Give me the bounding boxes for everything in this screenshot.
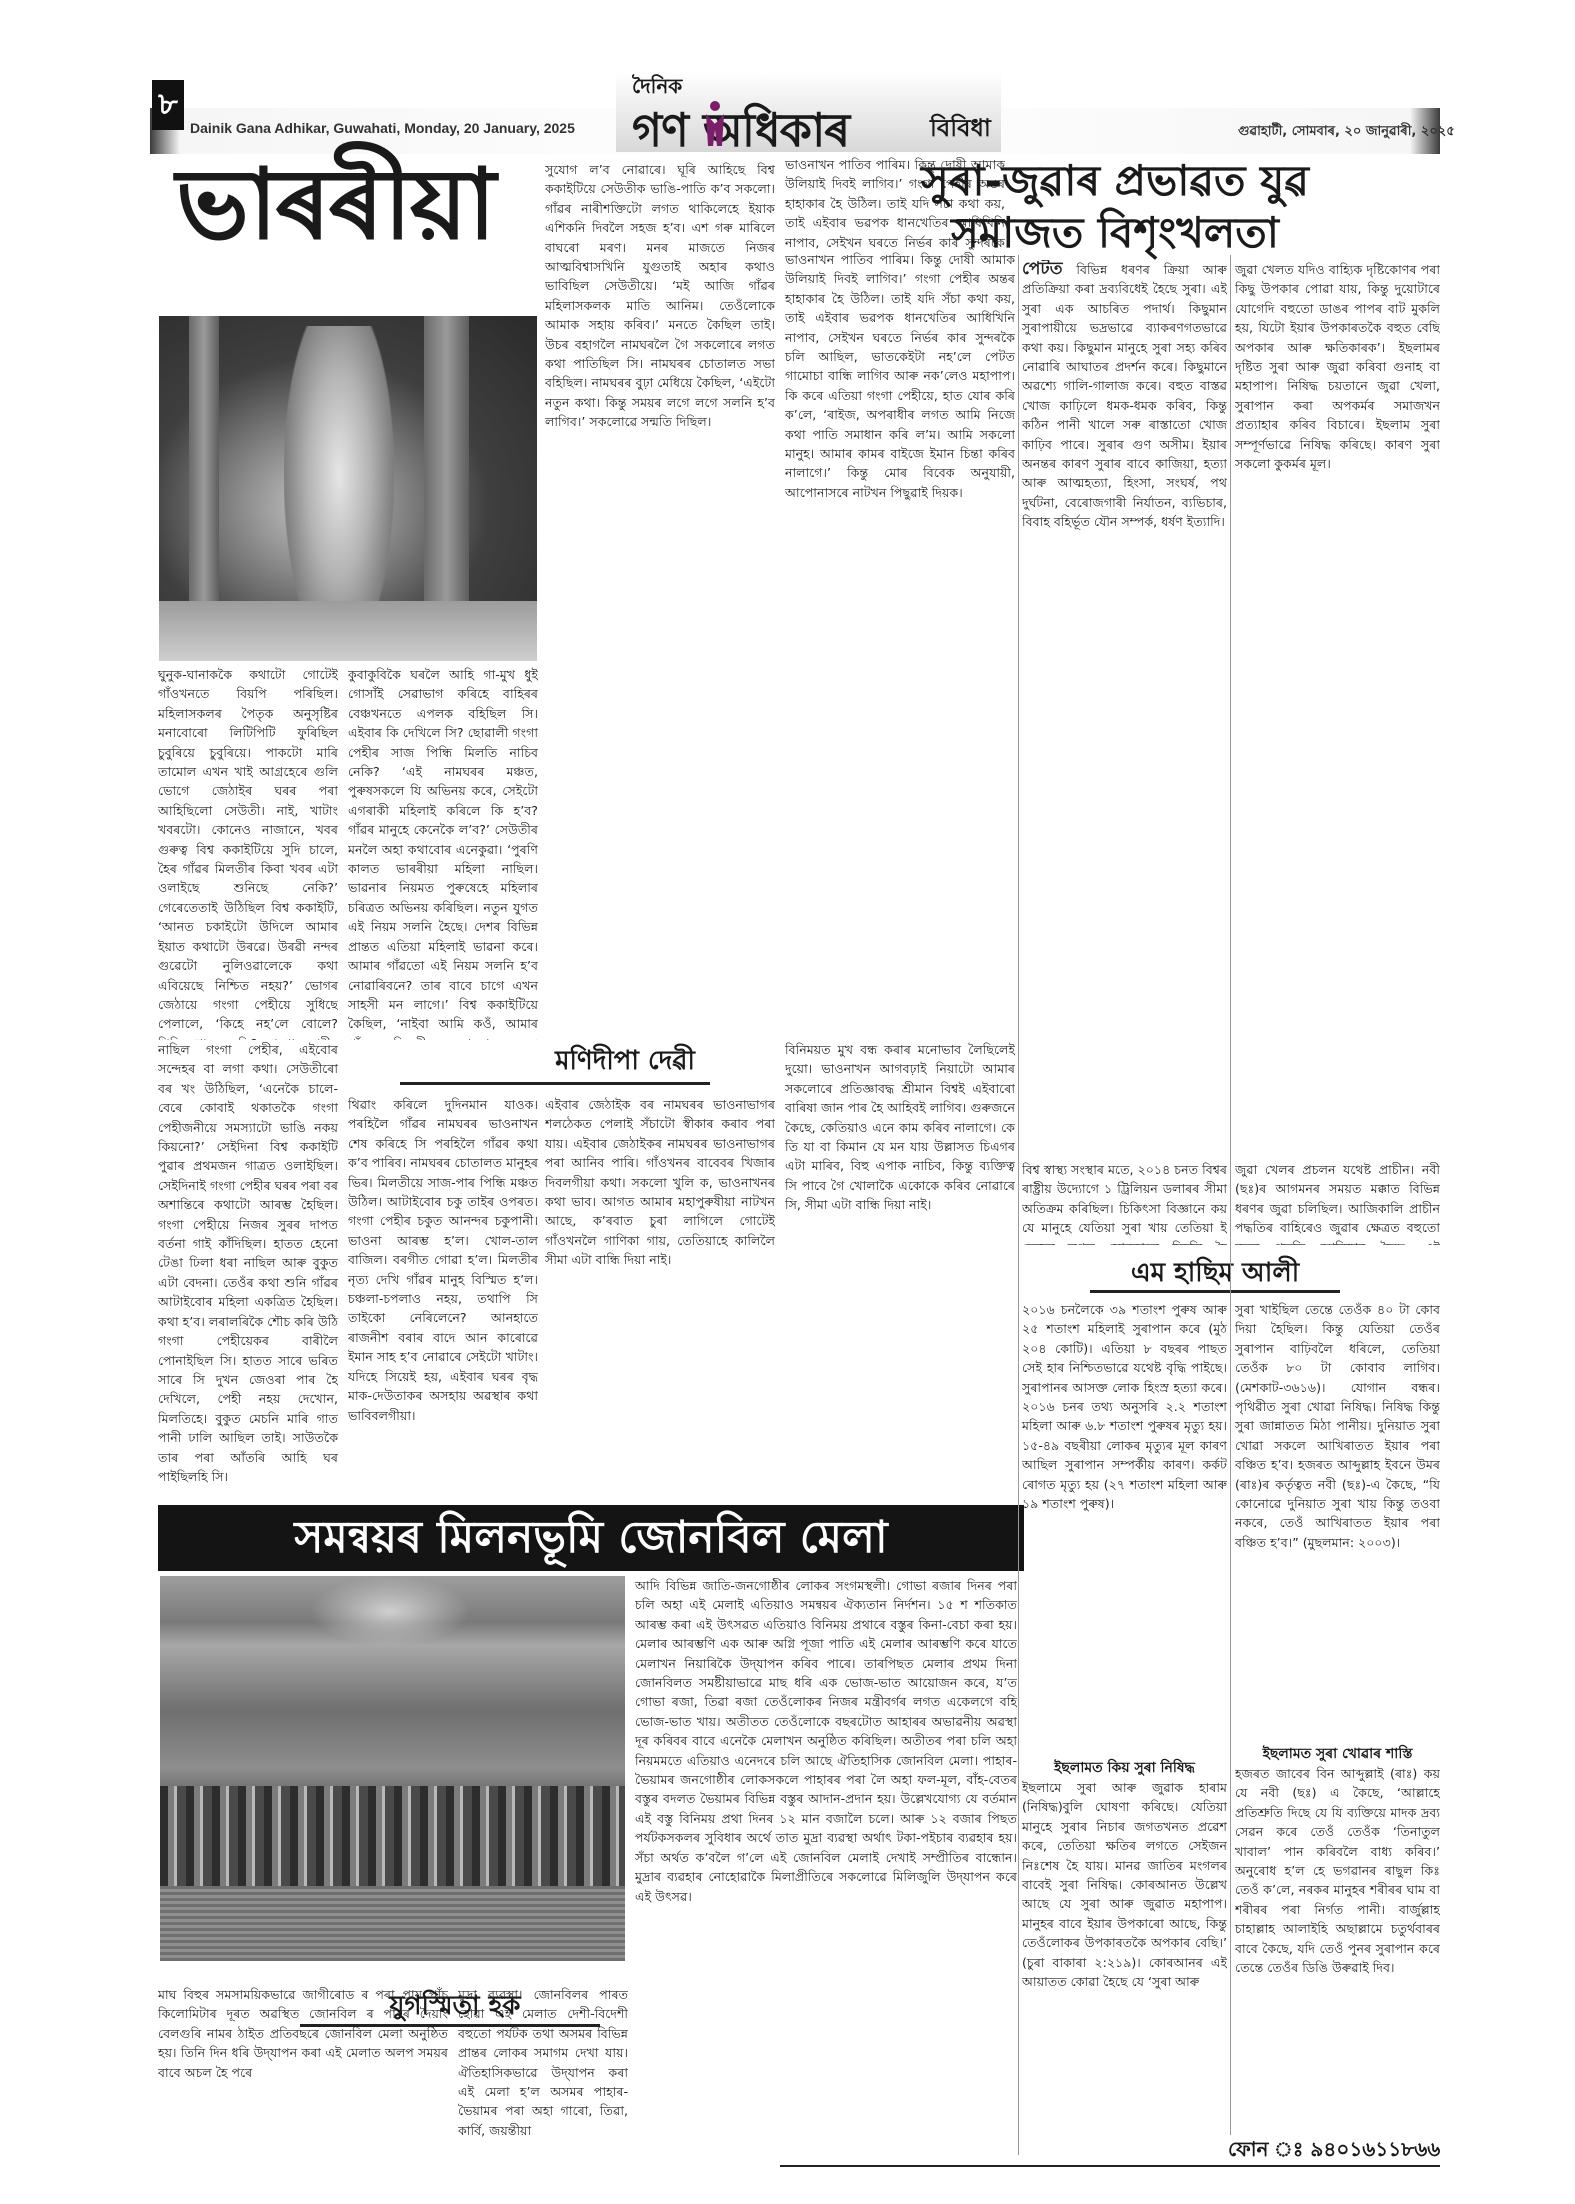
jonbeel-mela-photo (160, 1576, 625, 1961)
article2-col2b: জুৱা খেলৰ প্ৰচলন যথেষ্ট প্ৰাচীন। নবী (ছঃ… (1235, 1160, 1440, 1245)
article2-subhead-why: ইছলামত কিয় সুৰা নিষিদ্ধ (1022, 1756, 1227, 1780)
byline-rule (1090, 1290, 1340, 1293)
article1-col1a: ঘুনুক-ঘানাককৈ কথাটো গোটেই গাঁওখনতে বিয়প… (158, 665, 338, 1040)
article1-col2a: কুবাকুবিকৈ ঘৰলৈ আহি গা-মুখ ধুই গোসাঁই সে… (348, 665, 538, 1040)
english-dateline: Dainik Gana Adhikar, Guwahati, Monday, 2… (190, 120, 575, 136)
article1-col4a: ভাওনাখন পাতিব পাৰিম। কিন্তু দোষী আমাক উল… (785, 250, 1015, 1040)
article1-byline: মণিদীপা দেৱী (475, 1040, 775, 1084)
assamese-dateline: গুৱাহাটী, সোমবাৰ, ২০ জানুৱাৰী, ২০২৫ (1238, 122, 1455, 143)
section-label: বিবিধা (930, 110, 991, 150)
article2-col1a-text: বিভিন্ন ধৰণৰ ক্ৰিয়া আৰু প্ৰতিক্ৰিয়া কৰ… (1022, 262, 1227, 529)
article1-col3a: সুযোগ ল’ব নোৱাৰে। ঘূৰি আহিছে বিশ্ব ককাইট… (545, 160, 775, 1040)
article2-lead-word: পেটত (1022, 260, 1062, 279)
article1-col3b: এইবাৰ জেঠাইক বৰ নামঘৰৰ ভাওনাভাগৰ শলঠেকত … (545, 1095, 775, 1500)
bhaona-dancer-photo (159, 316, 537, 661)
article3-col1: মাঘ বিহুৰ সমসাময়িকভাৱে জাগীৰোড ৰ পৰা প্… (158, 1985, 448, 2145)
article3-col2: মুদ্ৰা ব্যৱস্থা। জোনবিলৰ পাৰত হোৱা এই মে… (458, 1985, 628, 2145)
article1-col2b: থিৱাং কৰিলে দুদিনমান যাওক। পৰহিলৈ গাঁৱৰ … (348, 1095, 538, 1500)
article3-banner-title: সমন্বয়ৰ মিলনভূমি জোনবিল মেলা (158, 1505, 1024, 1571)
article3-col3: আদি বিভিন্ন জাতি-জনগোষ্ঠীৰ লোকৰ সংগমস্থল… (635, 1576, 1017, 2146)
article2-headline: সুৰা-জুৱাৰ প্ৰভাৱত যুৱ সমাজত বিশৃংখলতা (790, 155, 1440, 259)
article2-col1a: পেটত বিভিন্ন ধৰণৰ ক্ৰিয়া আৰু প্ৰতিক্ৰিয… (1022, 260, 1227, 1160)
article2-headline-line1: সুৰা-জুৱাৰ প্ৰভাৱত যুৱ (790, 155, 1440, 207)
article1-byline-box: মণিদীপা দেৱী (475, 1040, 775, 1080)
article2-col1c: ২০১৬ চনলৈকে ৩৯ শতাংশ পুৰুষ আৰু ২৫ শতাংশ … (1022, 1300, 1227, 1740)
article-bhawriya-title: ভাৰৰীয়া (176, 150, 494, 260)
phone-number: ফোন ঃ ৯৪০১৬১১৮৬৬ (1228, 2135, 1440, 2168)
article2-headline-line2: সমাজত বিশৃংখলতা (790, 207, 1440, 259)
column-divider (1018, 255, 1019, 2155)
article2-subhead-punishment: ইছলামত সুৰা খোৱাৰ শাস্তি (1235, 1742, 1440, 1766)
bottom-rule (780, 2165, 1440, 2167)
byline-rule (400, 1082, 710, 1085)
article2-col2c: সুৰা খাইছিল তেন্তে তেওঁক ৪০ টা কোব দিয়া… (1235, 1300, 1440, 1740)
article2-col1d: ইছলামে সুৰা আৰু জুৱাক হাৰাম (নিষিদ্ধ)বুল… (1022, 1778, 1227, 2158)
article2-col1b: বিশ্ব স্বাস্থ্য সংস্থাৰ মতে, ২০১৪ চনত বি… (1022, 1160, 1227, 1245)
article2-col2d: হজৰত জাবেৰ বিন আব্দুল্লাই (ৰাঃ) কয় যে ন… (1235, 1764, 1440, 2129)
article1-col4b: বিনিময়ত মুখ বন্ধ কৰাৰ মনোভাব লৈছিলেই দু… (785, 1040, 1015, 1500)
article1-col1b: নাছিল গংগা পেহীৰ, এইবোৰ সন্দেহৰ বা লগা ক… (158, 1040, 338, 1500)
column-divider (1230, 255, 1231, 2135)
article2-col2a: জুৱা খেলত যদিও বাহ্যিক দৃষ্টিকোণৰ পৰা কি… (1235, 260, 1440, 1160)
people-figures-logo-icon (703, 100, 727, 148)
page-number: ৮ (152, 80, 184, 130)
